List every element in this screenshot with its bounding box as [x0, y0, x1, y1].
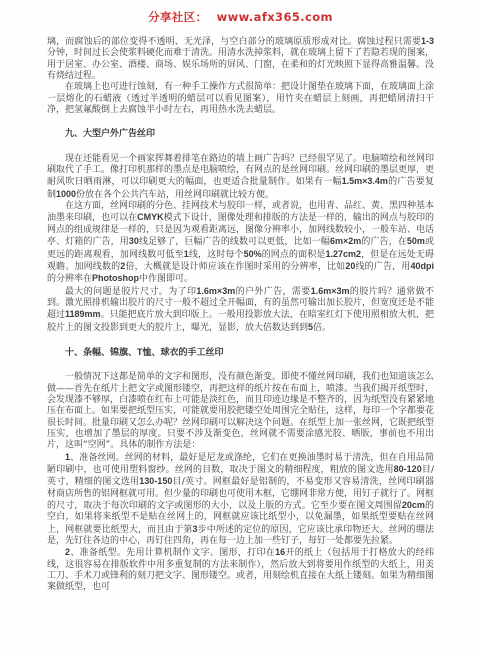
section-heading: 十、条幅、锦旗、T恤、球衣的手工丝印: [47, 347, 434, 359]
body-paragraph: 璃，而腐蚀后的部位变得不透明、无光泽，与空白部分的玻璃原质形成对比。腐蚀过程只需…: [47, 36, 434, 82]
body-paragraph: 一般情况下这都是简单的文字和图形，没有颜色渐变。即使不懂丝网印刷，我们也知道该怎…: [47, 372, 434, 451]
section-heading: 九、大型户外广告丝印: [47, 129, 434, 140]
body-paragraph: 现在还能看见一个画家挥舞着排笔在路边的墙上画广告吗？已经很罕见了。电脑喷绘和丝网…: [47, 154, 434, 201]
site-url: www.afx365.com: [217, 10, 333, 24]
body-paragraph: 2、准备纸型。先用计算机制作文字、图形，打印在16开的纸上（包括用于打格放大的经…: [47, 547, 434, 593]
body-paragraph: 1、准备丝网。丝网的材料，最好是尼龙或涤纶，它们在更换油墨时易于清洗，但在自用品…: [47, 452, 434, 548]
document-page: 分享社区：www.afx365.com 璃，而腐蚀后的部位变得不透明、无光泽，与…: [0, 0, 480, 651]
site-name: 分享社区：: [148, 10, 208, 24]
site-watermark: 分享社区：www.afx365.com: [47, 9, 434, 25]
body-paragraph: 在玻璃上也可进行蚀刻，有一种手工操作方式很简单：把设计图垫在玻璃下面，在玻璃面上…: [47, 82, 434, 116]
body-paragraph: 最大的问题是胶片尺寸。为了印1.6m×3m的户外广告，需要1.6m×3m的胶片吗…: [47, 286, 434, 334]
document-body: 璃，而腐蚀后的部位变得不透明、无光泽，与空白部分的玻璃原质形成对比。腐蚀过程只需…: [47, 36, 434, 594]
body-paragraph: 在这方面，丝网印刷的分色、挂网技术与胶印一样，或者说，也用青、品红、黄、黑四种基…: [47, 201, 434, 285]
